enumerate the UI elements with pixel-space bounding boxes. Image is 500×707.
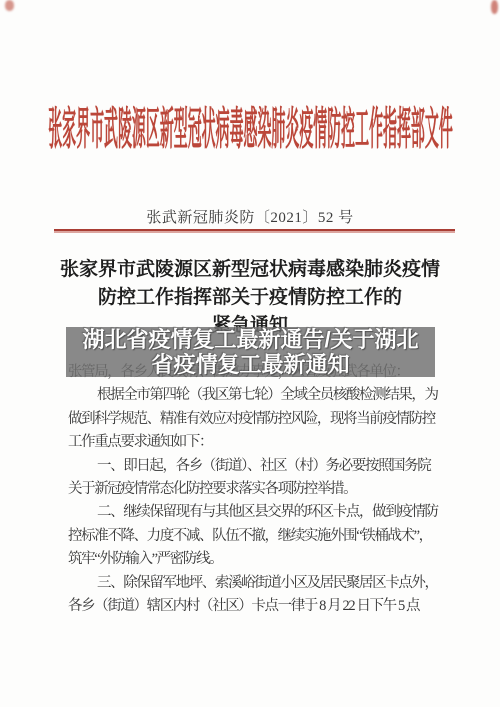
title-line-2: 防控工作指挥部关于疫情防控工作的: [0, 284, 500, 312]
paragraph-intro: 根据全市第四轮（我区第七轮）全域全员核酸检测结果，为 做到科学规范、精准有效应对…: [68, 384, 450, 454]
caption-line-2: 省疫情复工最新通知: [151, 352, 349, 377]
title-line-1: 张家界市武陵源区新型冠状病毒感染肺炎疫情: [0, 256, 500, 284]
letterhead-title: 张家界市武陵源区新型冠状病毒感染肺炎疫情防控工作指挥部文件: [48, 92, 453, 157]
document-page: 张家界市武陵源区新型冠状病毒感染肺炎疫情防控工作指挥部文件 张武新冠肺炎防〔20…: [0, 0, 500, 707]
document-number: 张武新冠肺炎防〔2021〕52 号: [0, 206, 500, 227]
red-divider-rule: [54, 229, 455, 231]
caption-overlay: 湖北省疫情复工最新通告/关于湖北 省疫情复工最新通知: [66, 327, 435, 377]
paragraph-item-3: 三、除保留军地坪、索溪峪街道小区及居民聚居区卡点外， 各乡（街道）辖区内村（社区…: [68, 572, 450, 619]
scan-mark-top-right: [491, 0, 498, 14]
paragraph-item-2: 二、继续保留现有与其他区县交界的环区卡点，做到疫情防 控标准不降、力度不减、队伍…: [68, 501, 450, 571]
letterhead: 张家界市武陵源区新型冠状病毒感染肺炎疫情防控工作指挥部文件: [0, 98, 500, 150]
scan-mark-top-left: [5, 0, 14, 11]
paragraph-item-1: 一、即日起，各乡（街道）、社区（村）务必要按照国务院 关于新冠疫情常态化防控要求…: [68, 455, 450, 502]
document-body: 张管局，各乡人民政府、街道办事处，区直及驻武各单位： 根据全市第四轮（我区第七轮…: [68, 361, 450, 618]
caption-line-1: 湖北省疫情复工最新通告/关于湖北: [82, 327, 418, 352]
